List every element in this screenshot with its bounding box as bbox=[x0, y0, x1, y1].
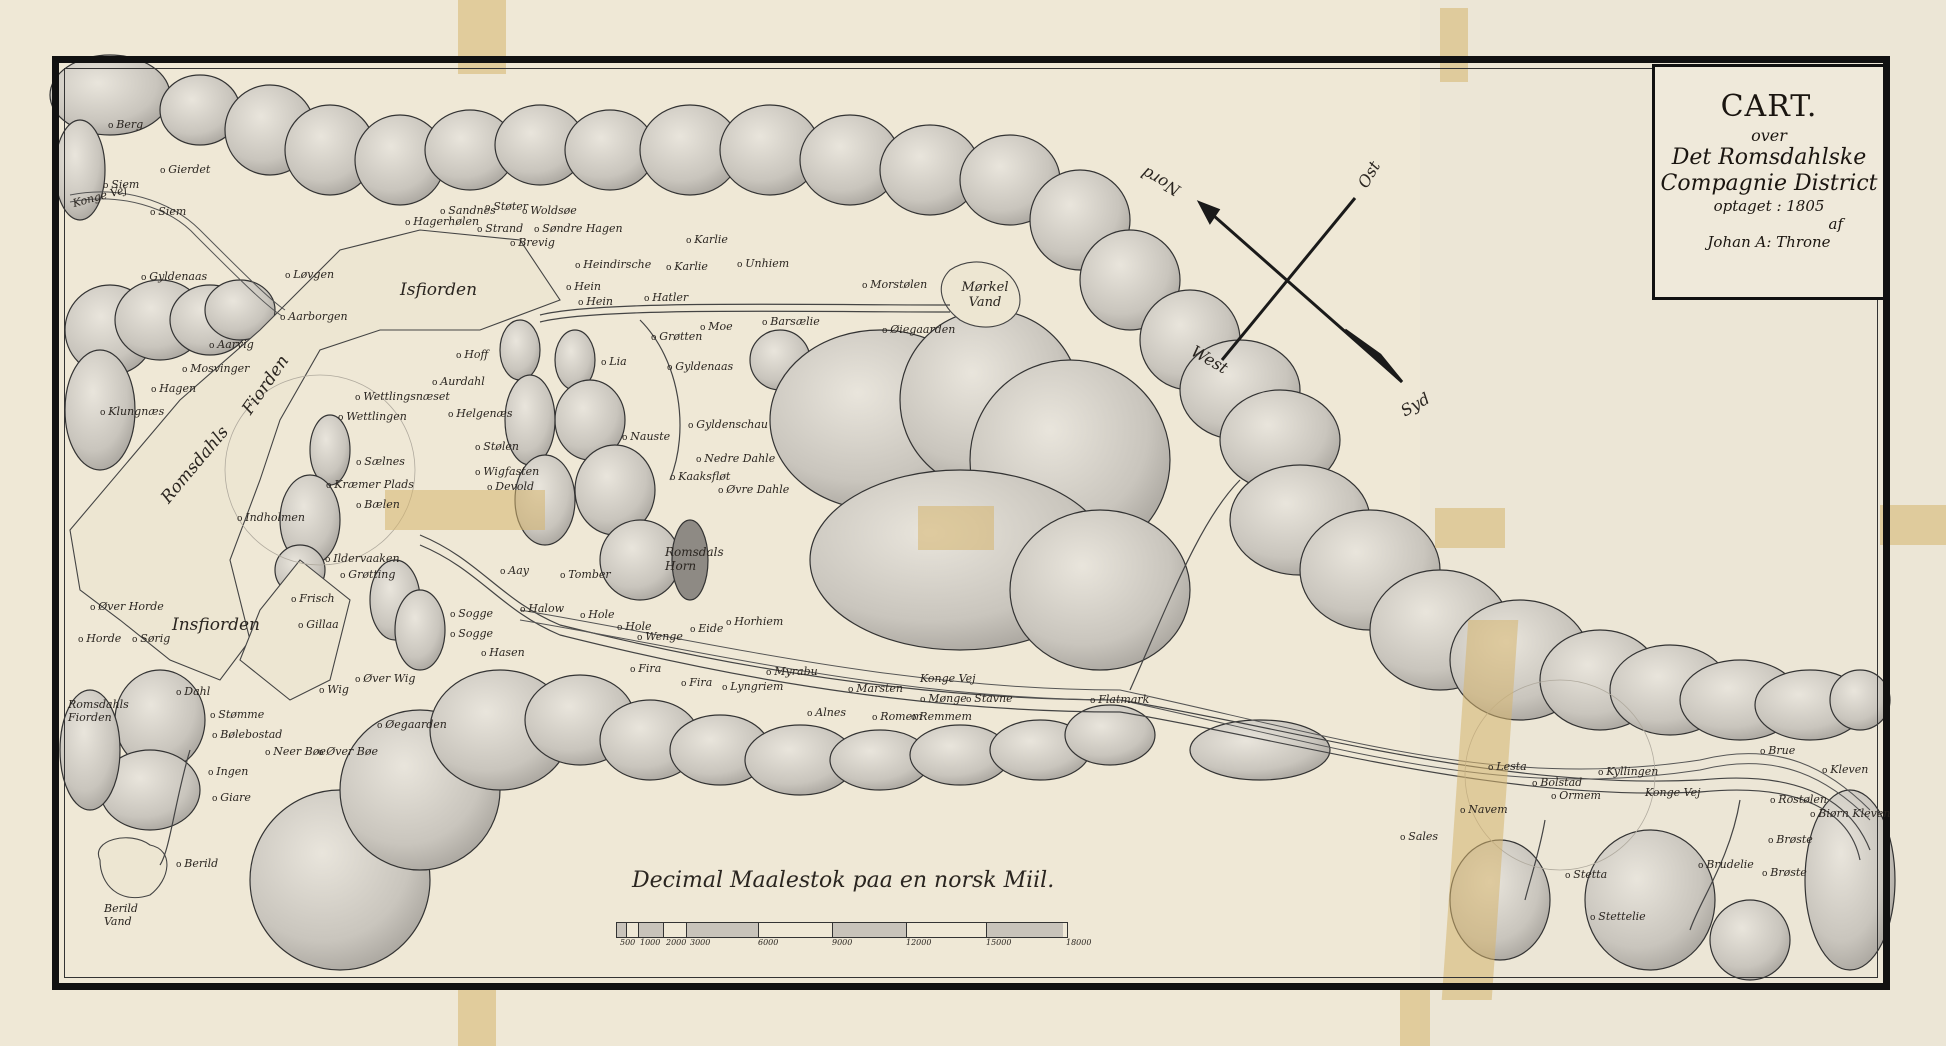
place-label: Karlie bbox=[686, 233, 728, 246]
place-label: Navem bbox=[1460, 803, 1508, 816]
place-label: Øiegaarden bbox=[882, 323, 955, 336]
place-label: Klungnæs bbox=[100, 405, 164, 418]
place-label: Gyldenaas bbox=[141, 270, 207, 283]
scale-tick: 9000 bbox=[832, 938, 852, 947]
place-label: Siem bbox=[150, 205, 186, 218]
place-label: Mosvinger bbox=[182, 362, 249, 375]
place-label: Gyldenschau bbox=[688, 418, 768, 431]
place-label: Hein bbox=[566, 280, 601, 293]
title-district-1: Det Romsdahlske bbox=[1655, 145, 1883, 171]
title-cart: CART. bbox=[1655, 89, 1883, 124]
tape-strip bbox=[1400, 985, 1430, 1046]
place-label: Øver Wig bbox=[355, 672, 415, 685]
place-label: Marsten bbox=[848, 682, 903, 695]
place-label: Strand bbox=[477, 222, 523, 235]
place-label: Aurdahl bbox=[432, 375, 485, 388]
place-label: Remmem bbox=[911, 710, 972, 723]
place-label: Brudelie bbox=[1698, 858, 1754, 871]
place-label: Hatler bbox=[644, 291, 688, 304]
place-label: Søndre Hagen bbox=[534, 222, 623, 235]
place-label: Frisch bbox=[291, 592, 335, 605]
place-label: Grøtting bbox=[340, 568, 395, 581]
scale-bar bbox=[616, 922, 1068, 938]
place-label: Stetta bbox=[1565, 868, 1607, 881]
place-label: Moe bbox=[700, 320, 733, 333]
place-label: Berild bbox=[176, 857, 218, 870]
place-label: Stølen bbox=[475, 440, 519, 453]
place-label: Nauste bbox=[622, 430, 670, 443]
place-label: Karlie bbox=[666, 260, 708, 273]
place-label: Mønge bbox=[920, 692, 967, 705]
place-label: Øver Bøe bbox=[318, 745, 378, 758]
place-label: Wettlingen bbox=[338, 410, 407, 423]
place-label: Woldsøe bbox=[522, 204, 577, 217]
place-label: Siem bbox=[103, 178, 139, 191]
place-label: Horhiem bbox=[726, 615, 783, 628]
place-label: Brøste bbox=[1762, 866, 1807, 879]
place-label: Helgenæs bbox=[448, 407, 513, 420]
place-label: Aarborgen bbox=[280, 310, 348, 323]
place-label: Gyldenaas bbox=[667, 360, 733, 373]
scale-tick: 1000 bbox=[640, 938, 660, 947]
place-label: Stavne bbox=[966, 692, 1013, 705]
scale-tick: 500 bbox=[620, 938, 635, 947]
place-label: Stømme bbox=[210, 708, 264, 721]
place-label: Devold bbox=[487, 480, 534, 493]
place-label: Bolstad bbox=[1532, 776, 1582, 789]
place-label: Gierdet bbox=[160, 163, 210, 176]
place-label: Halow bbox=[520, 602, 564, 615]
place-label: Dahl bbox=[176, 685, 210, 698]
place-label: Flatmark bbox=[1090, 693, 1149, 706]
place-label: Brue bbox=[1760, 744, 1795, 757]
place-label: Ormem bbox=[1551, 789, 1601, 802]
scale-tick: 6000 bbox=[758, 938, 778, 947]
place-label: Øvre Dahle bbox=[718, 483, 789, 496]
place-label: Wig bbox=[319, 683, 349, 696]
scale-tick: 12000 bbox=[906, 938, 931, 947]
title-af: af bbox=[1655, 215, 1883, 233]
place-label: Morstølen bbox=[862, 278, 927, 291]
place-label: Fira bbox=[630, 662, 661, 675]
title-author: Johan A: Throne bbox=[1655, 233, 1883, 251]
fjord-label-innfjorden: Insfiorden bbox=[172, 615, 260, 635]
place-label: Hein bbox=[578, 295, 613, 308]
place-label: Sørig bbox=[132, 632, 170, 645]
place-label: Hoff bbox=[456, 348, 488, 361]
place-label: Kleven bbox=[1822, 763, 1868, 776]
scale-tick: 2000 bbox=[666, 938, 686, 947]
place-label: Hole bbox=[580, 608, 615, 621]
title-cartouche: CART. over Det Romsdahlske Compagnie Dis… bbox=[1652, 64, 1886, 300]
road-label-kongeveg: Konge Vej bbox=[1645, 786, 1701, 799]
place-label: Sogge bbox=[450, 627, 493, 640]
place-label: Sælnes bbox=[356, 455, 405, 468]
place-label: Bølebostad bbox=[212, 728, 282, 741]
place-label: Brevig bbox=[510, 236, 555, 249]
fjord-label-isfjorden: Isfiorden bbox=[400, 280, 477, 300]
place-label: Ildervaaken bbox=[325, 552, 400, 565]
place-label: Indholmen bbox=[237, 511, 305, 524]
title-district-2: Compagnie District bbox=[1655, 171, 1883, 197]
place-label: Alnes bbox=[807, 706, 846, 719]
place-label: Brøste bbox=[1768, 833, 1813, 846]
place-label: Wettlingsnæset bbox=[355, 390, 450, 403]
scale-tick: 3000 bbox=[690, 938, 710, 947]
road-label-kongeveg: Konge Vej bbox=[920, 672, 976, 685]
place-label: Myrabu bbox=[766, 665, 818, 678]
place-label: Kræmer Plads bbox=[326, 478, 414, 491]
lake-label-berild: Berild Vand bbox=[104, 902, 144, 928]
place-label: Øegaarden bbox=[377, 718, 447, 731]
scale-tick: 15000 bbox=[986, 938, 1011, 947]
place-label: Hagen bbox=[151, 382, 196, 395]
place-label: Ingen bbox=[208, 765, 248, 778]
place-label: Neer Bøe bbox=[265, 745, 326, 758]
scale-tick: 18000 bbox=[1066, 938, 1091, 947]
place-label: Sales bbox=[1400, 830, 1438, 843]
place-label: Rostølen bbox=[1770, 793, 1827, 806]
fjord-label-romsdahls-left: Romsdahls Fiorden bbox=[68, 698, 108, 724]
place-label: Kyllingen bbox=[1598, 765, 1658, 778]
place-label: Lyngriem bbox=[722, 680, 783, 693]
place-label: Sogge bbox=[450, 607, 493, 620]
title-over: over bbox=[1655, 126, 1883, 145]
place-label: Hasen bbox=[481, 646, 525, 659]
title-date: optaget : 1805 bbox=[1655, 197, 1883, 215]
scale-title: Decimal Maalestok paa en norsk Miil. bbox=[632, 868, 1054, 893]
place-label: Kaaksfløt bbox=[670, 470, 730, 483]
place-label: Øver Horde bbox=[90, 600, 164, 613]
place-label: Løvgen bbox=[285, 268, 334, 281]
place-label: Horde bbox=[78, 632, 121, 645]
place-label: Stettelie bbox=[1590, 910, 1646, 923]
place-label: Wigfasten bbox=[475, 465, 539, 478]
place-label: Aay bbox=[500, 564, 529, 577]
place-label: Fira bbox=[681, 676, 712, 689]
place-label: Lesta bbox=[1488, 760, 1527, 773]
place-label: Heindirsche bbox=[575, 258, 651, 271]
place-label: Eide bbox=[690, 622, 723, 635]
place-label: Biørn Kleven bbox=[1810, 807, 1890, 820]
mountain-label-romsdals-horn: Romsdals Horn bbox=[665, 545, 715, 573]
place-label: Barsælie bbox=[762, 315, 820, 328]
place-label: Berg bbox=[108, 118, 143, 131]
place-label: Aarvig bbox=[209, 338, 254, 351]
place-label: Unhiem bbox=[737, 257, 789, 270]
place-label: Grøtten bbox=[651, 330, 702, 343]
lake-label-morkel: Mørkel Vand bbox=[955, 280, 1015, 310]
place-label: Lia bbox=[601, 355, 627, 368]
tape-strip bbox=[458, 985, 496, 1046]
place-label: Bælen bbox=[356, 498, 400, 511]
map-border-inner bbox=[64, 68, 1878, 978]
place-label: Nedre Dahle bbox=[696, 452, 775, 465]
place-label: Tomber bbox=[560, 568, 611, 581]
place-label: Gillaa bbox=[298, 618, 339, 631]
place-label: Wenge bbox=[637, 630, 683, 643]
place-label: Giare bbox=[212, 791, 251, 804]
